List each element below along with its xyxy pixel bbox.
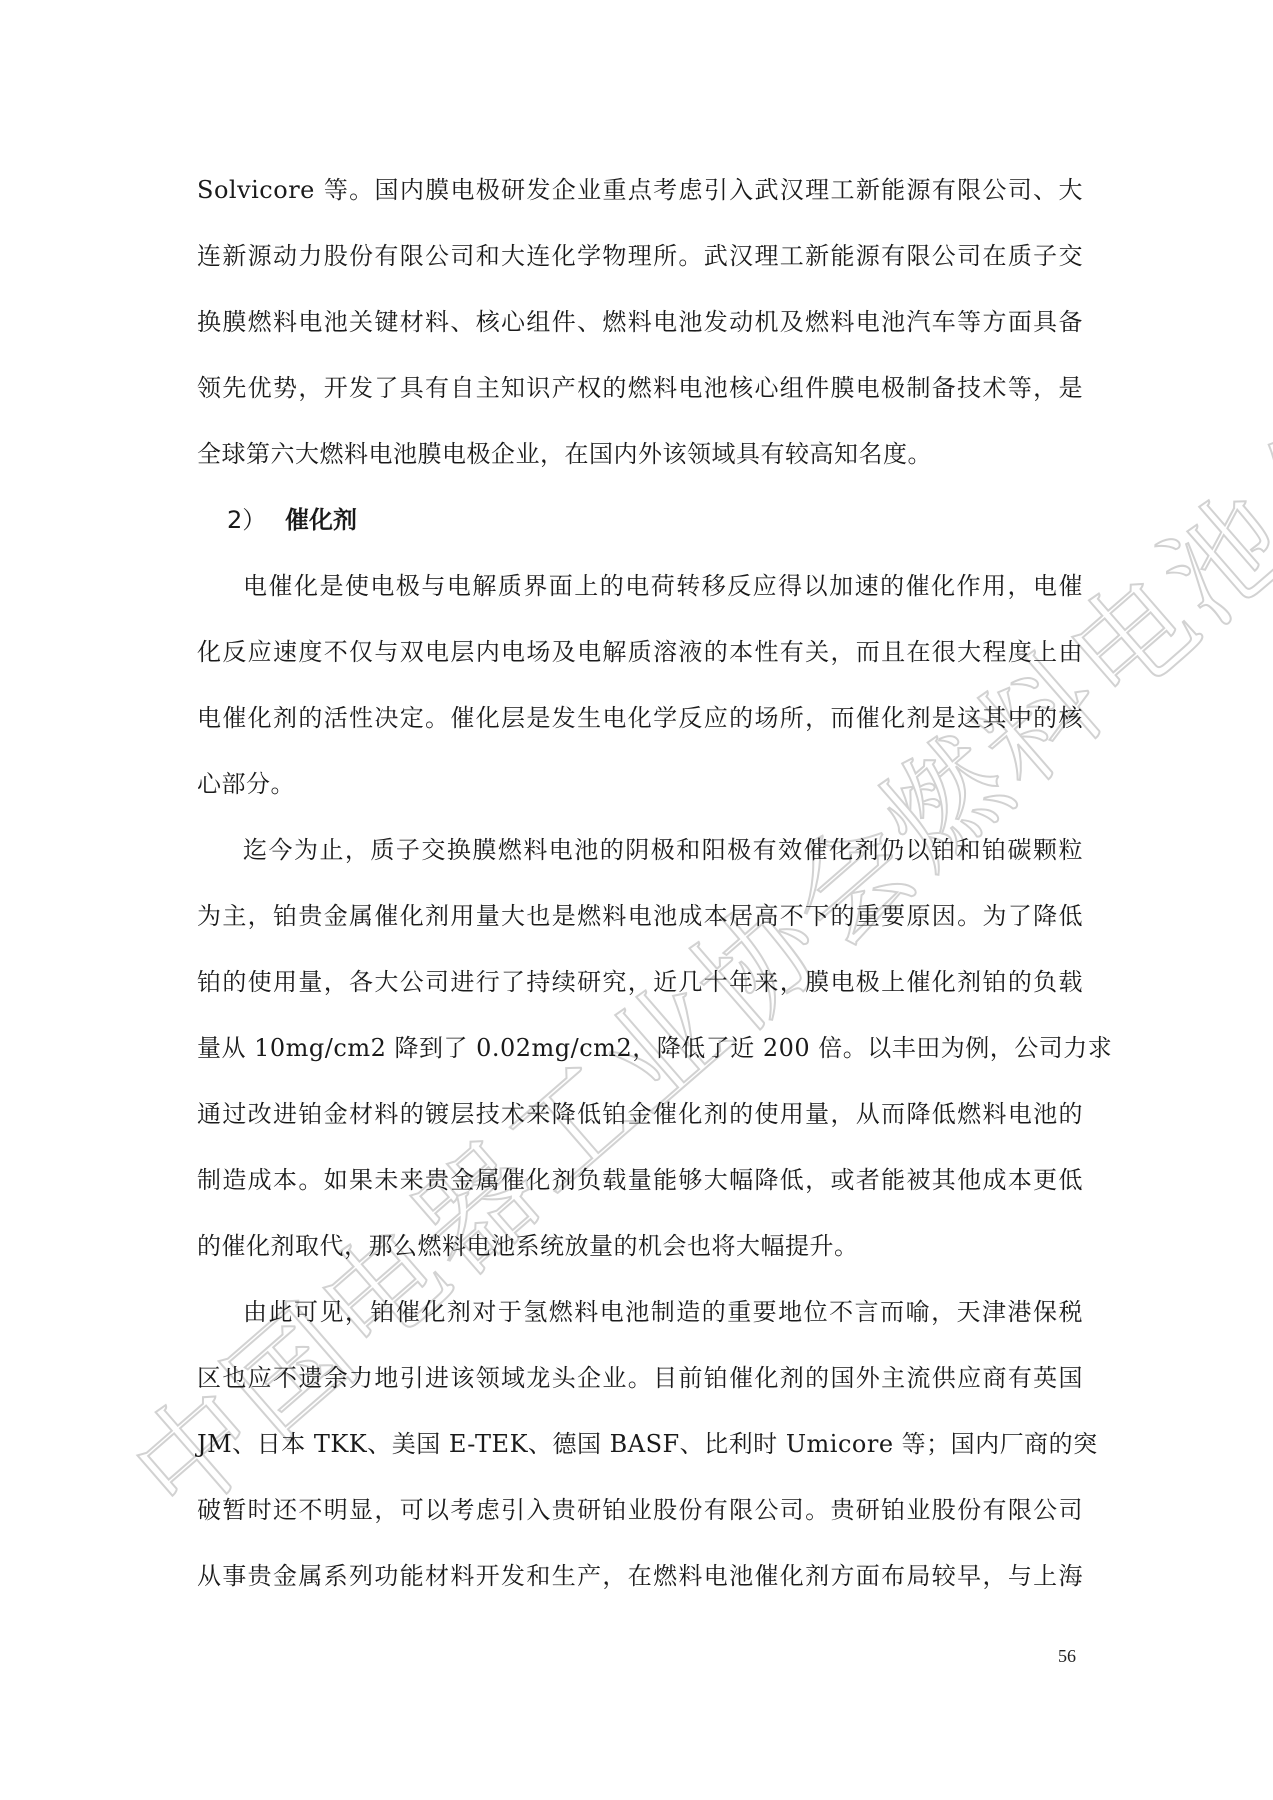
page-number: 56 <box>1058 1646 1076 1667</box>
heading-title: 催化剂 <box>285 506 357 534</box>
paragraph-platinum-loading: 迄今为止，质子交换膜燃料电池的阴极和阳极有效催化剂仍以铂和铂碳颗粒 为主，铂贵金… <box>197 830 1083 1292</box>
text-line: JM、日本 TKK、美国 E-TEK、德国 BASF、比利时 Umicore 等… <box>197 1424 1083 1490</box>
text-line: 由此可见，铂催化剂对于氢燃料电池制造的重要地位不言而喻，天津港保税 <box>197 1292 1083 1358</box>
text-line: 电催化剂的活性决定。催化层是发生电化学反应的场所，而催化剂是这其中的核 <box>197 698 1083 764</box>
text-line: 迄今为止，质子交换膜燃料电池的阴极和阳极有效催化剂仍以铂和铂碳颗粒 <box>197 830 1083 896</box>
paragraph-electrocatalysis: 电催化是使电极与电解质界面上的电荷转移反应得以加速的催化作用，电催 化反应速度不… <box>197 566 1083 830</box>
heading-number: 2） <box>227 500 285 540</box>
text-line: 制造成本。如果未来贵金属催化剂负载量能够大幅降低，或者能被其他成本更低 <box>197 1160 1083 1226</box>
text-line: 从事贵金属系列功能材料开发和生产，在燃料电池催化剂方面布局较早，与上海 <box>197 1556 1083 1622</box>
text-line: 心部分。 <box>197 764 1083 830</box>
text-line: 的催化剂取代，那么燃料电池系统放量的机会也将大幅提升。 <box>197 1226 1083 1292</box>
body-text: Solvicore 等。国内膜电极研发企业重点考虑引入武汉理工新能源有限公司、大… <box>197 170 1083 1622</box>
text-line: 铂的使用量，各大公司进行了持续研究，近几十年来，膜电极上催化剂铂的负载 <box>197 962 1083 1028</box>
text-line: 化反应速度不仅与双电层内电场及电解质溶液的本性有关，而且在很大程度上由 <box>197 632 1083 698</box>
text-line: 为主，铂贵金属催化剂用量大也是燃料电池成本居高不下的重要原因。为了降低 <box>197 896 1083 962</box>
paragraph-membrane-electrode-companies: Solvicore 等。国内膜电极研发企业重点考虑引入武汉理工新能源有限公司、大… <box>197 170 1083 500</box>
text-line: 通过改进铂金材料的镀层技术来降低铂金催化剂的使用量，从而降低燃料电池的 <box>197 1094 1083 1160</box>
text-line: 换膜燃料电池关键材料、核心组件、燃料电池发动机及燃料电池汽车等方面具备 <box>197 302 1083 368</box>
text-line: 电催化是使电极与电解质界面上的电荷转移反应得以加速的催化作用，电催 <box>197 566 1083 632</box>
text-line: Solvicore 等。国内膜电极研发企业重点考虑引入武汉理工新能源有限公司、大 <box>197 170 1083 236</box>
text-line: 破暂时还不明显，可以考虑引入贵研铂业股份有限公司。贵研铂业股份有限公司 <box>197 1490 1083 1556</box>
text-line: 量从 10mg/cm2 降到了 0.02mg/cm2，降低了近 200 倍。以丰… <box>197 1028 1083 1094</box>
section-heading-catalyst: 2）催化剂 <box>197 500 1083 566</box>
text-line: 全球第六大燃料电池膜电极企业，在国内外该领域具有较高知名度。 <box>197 434 1083 500</box>
text-line: 连新源动力股份有限公司和大连化学物理所。武汉理工新能源有限公司在质子交 <box>197 236 1083 302</box>
text-line: 领先优势，开发了具有自主知识产权的燃料电池核心组件膜电极制备技术等，是 <box>197 368 1083 434</box>
text-line: 区也应不遗余力地引进该领域龙头企业。目前铂催化剂的国外主流供应商有英国 <box>197 1358 1083 1424</box>
document-page: 中国电器工业协会燃料电池分会 Solvicore 等。国内膜电极研发企业重点考虑… <box>0 0 1273 1800</box>
paragraph-catalyst-suppliers: 由此可见，铂催化剂对于氢燃料电池制造的重要地位不言而喻，天津港保税 区也应不遗余… <box>197 1292 1083 1622</box>
